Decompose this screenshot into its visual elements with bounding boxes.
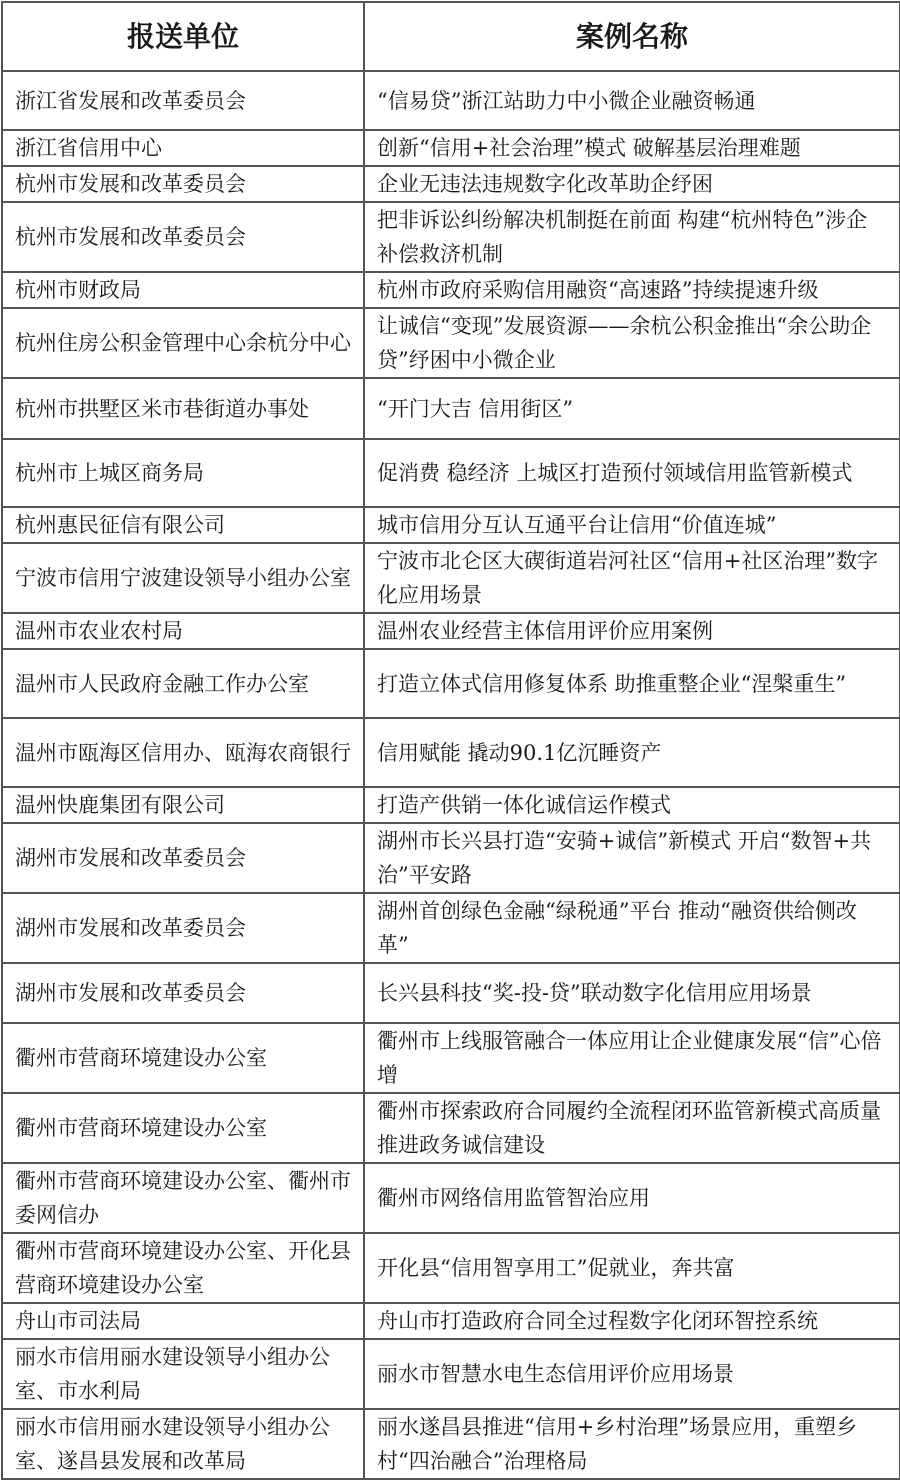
unit-cell: 温州市人民政府金融工作办公室 xyxy=(2,649,364,718)
unit-cell: 舟山市司法局 xyxy=(2,1303,364,1339)
unit-cell: 浙江省信用中心 xyxy=(2,130,364,166)
unit-cell: 杭州市上城区商务局 xyxy=(2,439,364,507)
unit-cell: 温州快鹿集团有限公司 xyxy=(2,787,364,823)
case-name-cell: 衢州市探索政府合同履约全流程闭环监管新模式高质量推进政务诚信建设 xyxy=(364,1093,900,1163)
unit-cell: 温州市农业农村局 xyxy=(2,613,364,649)
unit-cell: 衢州市营商环境建设办公室 xyxy=(2,1093,364,1163)
unit-cell: 杭州住房公积金管理中心余杭分中心 xyxy=(2,308,364,378)
case-name-cell: 湖州首创绿色金融“绿税通”平台 推动“融资供给侧改革” xyxy=(364,893,900,963)
table-row: 杭州市发展和改革委员会把非诉讼纠纷解决机制挺在前面 构建“杭州特色”涉企补偿救济… xyxy=(2,202,900,272)
header-unit: 报送单位 xyxy=(2,2,364,71)
table-row: 杭州惠民征信有限公司城市信用分互认互通平台让信用“价值连城” xyxy=(2,507,900,543)
table-row: 衢州市营商环境建设办公室衢州市探索政府合同履约全流程闭环监管新模式高质量推进政务… xyxy=(2,1093,900,1163)
unit-cell: 浙江省发展和改革委员会 xyxy=(2,71,364,130)
case-name-cell: 打造立体式信用修复体系 助推重整企业“涅槃重生” xyxy=(364,649,900,718)
table-row: 杭州市发展和改革委员会企业无违法违规数字化改革助企纾困 xyxy=(2,166,900,202)
table-row: 温州市瓯海区信用办、瓯海农商银行信用赋能 撬动90.1亿沉睡资产 xyxy=(2,718,900,787)
table-row: 温州市人民政府金融工作办公室打造立体式信用修复体系 助推重整企业“涅槃重生” xyxy=(2,649,900,718)
case-name-cell: 舟山市打造政府合同全过程数字化闭环智控系统 xyxy=(364,1303,900,1339)
unit-cell: 衢州市营商环境建设办公室、衢州市委网信办 xyxy=(2,1163,364,1233)
unit-cell: 衢州市营商环境建设办公室、开化县营商环境建设办公室 xyxy=(2,1233,364,1303)
case-name-cell: 促消费 稳经济 上城区打造预付领域信用监管新模式 xyxy=(364,439,900,507)
table-row: 杭州市拱墅区米市巷街道办事处“开门大吉 信用街区” xyxy=(2,378,900,439)
case-name-cell: 丽水市智慧水电生态信用评价应用场景 xyxy=(364,1339,900,1409)
case-name-cell: 衢州市上线服管融合一体应用让企业健康发展“信”心倍增 xyxy=(364,1023,900,1093)
table-row: 丽水市信用丽水建设领导小组办公室、遂昌县发展和改革局丽水遂昌县推进“信用+乡村治… xyxy=(2,1409,900,1455)
case-name-cell: 让诚信“变现”发展资源——余杭公积金推出“余公助企贷”纾困中小微企业 xyxy=(364,308,900,378)
unit-cell: 丽水市信用丽水建设领导小组办公室、市水利局 xyxy=(2,1339,364,1409)
unit-cell: 丽水市信用丽水建设领导小组办公室、遂昌县发展和改革局 xyxy=(2,1409,364,1455)
case-name-cell: 杭州市政府采购信用融资“高速路”持续提速升级 xyxy=(364,272,900,308)
unit-cell: 宁波市信用宁波建设领导小组办公室 xyxy=(2,543,364,613)
header-case-name: 案例名称 xyxy=(364,2,900,71)
case-name-cell: 创新“信用+社会治理”模式 破解基层治理难题 xyxy=(364,130,900,166)
table-row: 湖州市发展和改革委员会湖州市长兴县打造“安骑+诚信”新模式 开启“数智+共治”平… xyxy=(2,823,900,893)
table-row: 浙江省信用中心创新“信用+社会治理”模式 破解基层治理难题 xyxy=(2,130,900,166)
table-row: 温州市农业农村局温州农业经营主体信用评价应用案例 xyxy=(2,613,900,649)
case-name-cell: 温州农业经营主体信用评价应用案例 xyxy=(364,613,900,649)
unit-cell: 湖州市发展和改革委员会 xyxy=(2,963,364,1023)
table-row: 衢州市营商环境建设办公室、开化县营商环境建设办公室开化县“信用智享用工”促就业，… xyxy=(2,1233,900,1303)
table-row: 湖州市发展和改革委员会长兴县科技“奖-投-贷”联动数字化信用应用场景 xyxy=(2,963,900,1023)
case-name-cell: 把非诉讼纠纷解决机制挺在前面 构建“杭州特色”涉企补偿救济机制 xyxy=(364,202,900,272)
case-name-cell: 长兴县科技“奖-投-贷”联动数字化信用应用场景 xyxy=(364,963,900,1023)
case-name-cell: 衢州市网络信用监管智治应用 xyxy=(364,1163,900,1233)
case-name-cell: 宁波市北仑区大碶街道岩河社区“信用+社区治理”数字化应用场景 xyxy=(364,543,900,613)
table-body: 浙江省发展和改革委员会“信易贷”浙江站助力中小微企业融资畅通浙江省信用中心创新“… xyxy=(2,71,900,1455)
table-row: 衢州市营商环境建设办公室、衢州市委网信办衢州市网络信用监管智治应用 xyxy=(2,1163,900,1233)
case-name-cell: 丽水遂昌县推进“信用+乡村治理”场景应用，重塑乡村“四治融合”治理格局 xyxy=(364,1409,900,1455)
case-name-cell: 城市信用分互认互通平台让信用“价值连城” xyxy=(364,507,900,543)
unit-cell: 杭州市财政局 xyxy=(2,272,364,308)
unit-cell: 湖州市发展和改革委员会 xyxy=(2,893,364,963)
table-row: 宁波市信用宁波建设领导小组办公室宁波市北仑区大碶街道岩河社区“信用+社区治理”数… xyxy=(2,543,900,613)
case-name-cell: “开门大吉 信用街区” xyxy=(364,378,900,439)
unit-cell: 衢州市营商环境建设办公室 xyxy=(2,1023,364,1093)
unit-cell: 杭州市拱墅区米市巷街道办事处 xyxy=(2,378,364,439)
table-row: 舟山市司法局舟山市打造政府合同全过程数字化闭环智控系统 xyxy=(2,1303,900,1339)
unit-cell: 湖州市发展和改革委员会 xyxy=(2,823,364,893)
unit-cell: 杭州市发展和改革委员会 xyxy=(2,202,364,272)
case-name-cell: 开化县“信用智享用工”促就业，奔共富 xyxy=(364,1233,900,1303)
table-row: 衢州市营商环境建设办公室衢州市上线服管融合一体应用让企业健康发展“信”心倍增 xyxy=(2,1023,900,1093)
table-row: 杭州市上城区商务局促消费 稳经济 上城区打造预付领域信用监管新模式 xyxy=(2,439,900,507)
unit-cell: 温州市瓯海区信用办、瓯海农商银行 xyxy=(2,718,364,787)
cases-table: 报送单位 案例名称 浙江省发展和改革委员会“信易贷”浙江站助力中小微企业融资畅通… xyxy=(1,1,900,1455)
case-name-cell: 打造产供销一体化诚信运作模式 xyxy=(364,787,900,823)
header-row: 报送单位 案例名称 xyxy=(2,2,900,71)
case-name-cell: “信易贷”浙江站助力中小微企业融资畅通 xyxy=(364,71,900,130)
table-row: 丽水市信用丽水建设领导小组办公室、市水利局丽水市智慧水电生态信用评价应用场景 xyxy=(2,1339,900,1409)
case-name-cell: 企业无违法违规数字化改革助企纾困 xyxy=(364,166,900,202)
table-row: 浙江省发展和改革委员会“信易贷”浙江站助力中小微企业融资畅通 xyxy=(2,71,900,130)
unit-cell: 杭州市发展和改革委员会 xyxy=(2,166,364,202)
table-row: 杭州市财政局杭州市政府采购信用融资“高速路”持续提速升级 xyxy=(2,272,900,308)
case-name-cell: 信用赋能 撬动90.1亿沉睡资产 xyxy=(364,718,900,787)
table-row: 杭州住房公积金管理中心余杭分中心让诚信“变现”发展资源——余杭公积金推出“余公助… xyxy=(2,308,900,378)
table-row: 湖州市发展和改革委员会湖州首创绿色金融“绿税通”平台 推动“融资供给侧改革” xyxy=(2,893,900,963)
table-row: 温州快鹿集团有限公司打造产供销一体化诚信运作模式 xyxy=(2,787,900,823)
unit-cell: 杭州惠民征信有限公司 xyxy=(2,507,364,543)
case-name-cell: 湖州市长兴县打造“安骑+诚信”新模式 开启“数智+共治”平安路 xyxy=(364,823,900,893)
